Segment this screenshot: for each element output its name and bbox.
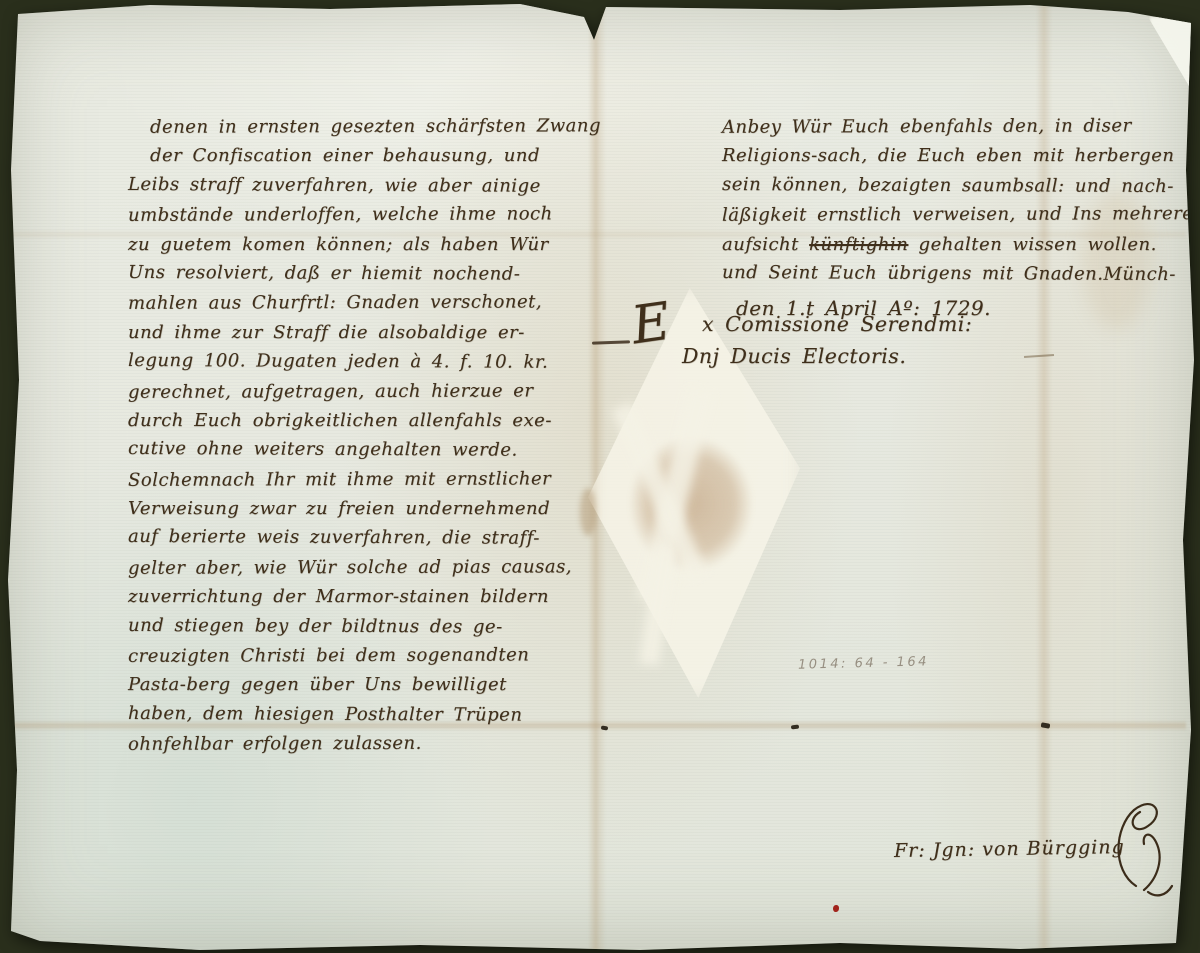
pencil-annotation: 1014: 64 - 164 — [798, 654, 929, 672]
manuscript-line: der Confiscation einer behausung, und — [150, 141, 614, 170]
manuscript-line: Religions-sach, die Euch eben mit herber… — [722, 141, 1167, 170]
manuscript-line: umbstände underloffen, welche ihme noch — [128, 199, 614, 230]
manuscript-line-with-strikeout: aufsicht künftighin gehalten wissen woll… — [722, 230, 1167, 259]
manuscript-line: Pasta-berg gegen über Uns bewilliget — [128, 670, 614, 699]
manuscript-line: Solchemnach Ihr mit ihme mit ernstlicher — [128, 464, 614, 495]
manuscript-line: gerechnet, aufgetragen, auch hierzue er — [128, 376, 614, 407]
left-page-text: denen in ernsten gesezten schärfsten Zwa… — [128, 112, 614, 759]
manuscript-line: Uns resolviert, daß er hiemit nochend- — [128, 258, 614, 290]
right-page-text: Anbey Wür Euch ebenfahls den, in diser R… — [722, 112, 1167, 324]
closing-main: und Seint Euch übrigens mit Gnaden. — [722, 258, 1104, 289]
manuscript-line: cutive ohne weiters angehalten werde. — [128, 434, 614, 466]
closing-line: und Seint Euch übrigens mit Gnaden.Münch… — [722, 258, 1167, 289]
manuscript-line: sein können, bezaigten saumbsall: und na… — [722, 170, 1167, 201]
manuscript-line: haben, dem hiesigen Posthalter Trüpen — [128, 699, 614, 731]
paraph-flourish-icon — [1098, 800, 1178, 900]
subscription-line-2: Dnj Ducis Electoris. — [682, 344, 906, 368]
signature-block: Fr: Jgn: von Bürgging — [886, 816, 1186, 906]
strike-before: aufsicht — [722, 234, 809, 255]
manuscript-sheet: denen in ernsten gesezten schärfsten Zwa… — [0, 0, 1200, 953]
manuscript-line: Verweisung zwar zu freien undernehmend — [128, 494, 614, 523]
manuscript-line: läßigkeit ernstlich verweisen, und Ins m… — [722, 199, 1167, 230]
manuscript-line: creuzigten Christi bei dem sogenandten — [128, 640, 614, 671]
manuscript-line: ohnfehlbar erfolgen zulassen. — [128, 728, 614, 759]
strike-after: gehalten wissen wollen. — [908, 234, 1157, 255]
swash-initial-E: E — [628, 292, 674, 357]
manuscript-line: auf berierte weis zuverfahren, die straf… — [128, 522, 614, 554]
manuscript-line: zu guetem komen können; als haben Wür — [128, 230, 614, 259]
subscription-line-1: x Comissione Serendmi: — [702, 312, 972, 336]
manuscript-line: Anbey Wür Euch ebenfahls den, in diser — [722, 111, 1167, 142]
wax-speck — [833, 905, 839, 912]
struck-word: künftighin — [809, 234, 908, 255]
folded-corner — [1148, 17, 1192, 91]
closing-city: Münch- — [1103, 260, 1176, 290]
photo-background: denen in ernsten gesezten schärfsten Zwa… — [0, 0, 1200, 953]
manuscript-line: durch Euch obrigkeitlichen allenfahls ex… — [128, 406, 614, 435]
manuscript-line: und ihme zur Straff die alsobaldige er- — [128, 318, 614, 347]
manuscript-line: und stiegen bey der bildtnus des ge- — [128, 611, 614, 643]
manuscript-line: legung 100. Dugaten jeden à 4. f. 10. kr… — [128, 346, 614, 378]
manuscript-line: zuverrichtung der Marmor-stainen bildern — [128, 582, 614, 611]
manuscript-sheet-wrapper: denen in ernsten gesezten schärfsten Zwa… — [0, 0, 1200, 953]
manuscript-line: Leibs straff zuverfahren, wie aber ainig… — [128, 170, 614, 202]
subscription-block: E x Comissione Serendmi: Dnj Ducis Elect… — [618, 296, 1018, 396]
manuscript-line: mahlen aus Churfrtl: Gnaden verschonet, — [128, 287, 614, 318]
manuscript-line: gelter aber, wie Wür solche ad pias caus… — [128, 552, 614, 583]
signature-text: Fr: Jgn: von Bürgging — [894, 836, 1125, 862]
manuscript-line: denen in ernsten gesezten schärfsten Zwa… — [150, 111, 614, 142]
